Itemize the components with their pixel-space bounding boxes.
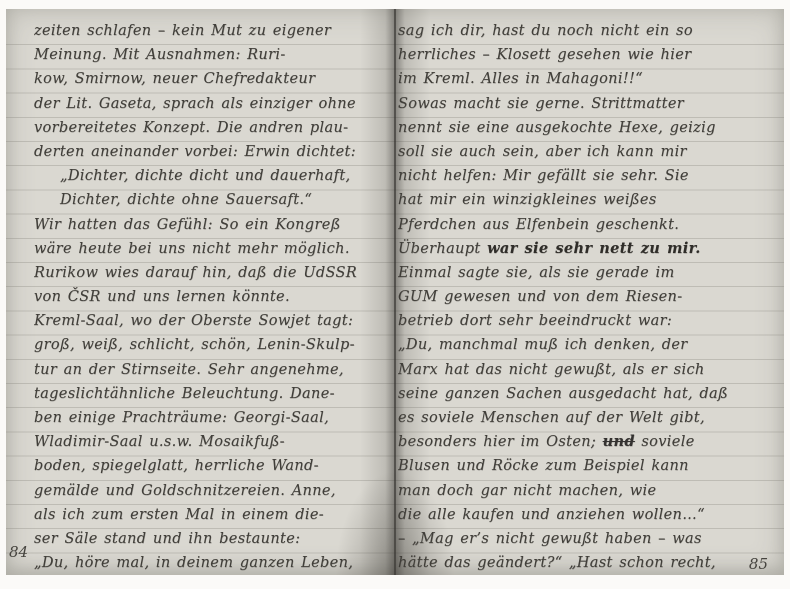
handwriting-line: Meinung. Mit Ausnahmen: Ruri- xyxy=(34,43,386,67)
handwriting-line: vorbereitetes Konzept. Die andren plau- xyxy=(34,116,386,140)
handwriting-line: Wladimir-Saal u.s.w. Mosaikfuß- xyxy=(34,430,386,454)
right-page: sag ich dir, hast du noch nicht ein so h… xyxy=(398,19,772,575)
page-number-left: 84 xyxy=(9,543,28,561)
handwriting-line: herrliches – Klosett gesehen wie hier xyxy=(398,43,772,67)
handwriting-line: als ich zum ersten Mal in einem die- xyxy=(34,503,386,527)
handwriting-line: soll sie auch sein, aber ich kann mir xyxy=(398,140,772,164)
handwriting-line: GUM gewesen und von dem Riesen- xyxy=(398,285,772,309)
handwriting-line: zeiten schlafen – kein Mut zu eigener xyxy=(34,19,386,43)
handwriting-line: hätte das geändert?“ „Hast schon recht, xyxy=(398,551,772,575)
handwriting-line-with-correction: besonders hier im Osten; und soviele xyxy=(398,430,772,454)
handwriting-line: Pferdchen aus Elfenbein geschenkt. xyxy=(398,213,772,237)
handwriting-line: ser Säle stand und ihn bestaunte: xyxy=(34,527,386,551)
handwriting-line: seine ganzen Sachen ausgedacht hat, daß xyxy=(398,382,772,406)
handwriting-line: Kreml-Saal, wo der Oberste Sowjet tagt: xyxy=(34,309,386,333)
handwriting-line: Rurikow wies darauf hin, daß die UdSSR xyxy=(34,261,386,285)
handwriting-line: wäre heute bei uns nicht mehr möglich. xyxy=(34,237,386,261)
center-fold-crease xyxy=(394,9,396,575)
handwriting-line: nicht helfen: Mir gefällt sie sehr. Sie xyxy=(398,164,772,188)
handwriting-line: kow, Smirnow, neuer Chefredakteur xyxy=(34,67,386,91)
handwriting-segment-emphasized: war sie sehr nett zu mir. xyxy=(487,240,701,257)
handwriting-line: hat mir ein winzigkleines weißes xyxy=(398,188,772,212)
handwriting-line: nennt sie eine ausgekochte Hexe, geizig xyxy=(398,116,772,140)
handwriting-line-verse: Dichter, dichte ohne Sauersaft.“ xyxy=(34,188,386,212)
handwriting-line: von ČSR und uns lernen könnte. xyxy=(34,285,386,309)
handwriting-line-overwritten: Überhaupt war sie sehr nett zu mir. xyxy=(398,237,772,261)
handwriting-line: – „Mag er’s nicht gewußt haben – was xyxy=(398,527,772,551)
handwriting-line: die alle kaufen und anziehen wollen…“ xyxy=(398,503,772,527)
handwriting-line: sag ich dir, hast du noch nicht ein so xyxy=(398,19,772,43)
handwriting-line: derten aneinander vorbei: Erwin dichtet: xyxy=(34,140,386,164)
handwriting-line: „Du, höre mal, in deinem ganzen Leben, xyxy=(34,551,386,575)
handwriting-line: gemälde und Goldschnitzereien. Anne, xyxy=(34,479,386,503)
left-page: zeiten schlafen – kein Mut zu eigener Me… xyxy=(34,19,386,575)
handwriting-line: Sowas macht sie gerne. Strittmatter xyxy=(398,92,772,116)
scanned-notebook-spread: zeiten schlafen – kein Mut zu eigener Me… xyxy=(6,9,784,575)
handwriting-line: „Du, manchmal muß ich denken, der xyxy=(398,333,772,357)
handwriting-line: Blusen und Röcke zum Beispiel kann xyxy=(398,454,772,478)
handwriting-line: es soviele Menschen auf der Welt gibt, xyxy=(398,406,772,430)
handwriting-line-verse: „Dichter, dichte dicht und dauerhaft, xyxy=(34,164,386,188)
handwriting-line: boden, spiegelglatt, herrliche Wand- xyxy=(34,454,386,478)
page-number-right: 85 xyxy=(749,555,768,573)
handwriting-segment: soviele xyxy=(635,434,695,450)
handwriting-line: ben einige Prachträume: Georgi-Saal, xyxy=(34,406,386,430)
handwriting-segment-crossed-out: und xyxy=(603,433,635,450)
handwriting-line: groß, weiß, schlicht, schön, Lenin-Skulp… xyxy=(34,333,386,357)
handwriting-line: der Lit. Gaseta, sprach als einziger ohn… xyxy=(34,92,386,116)
handwriting-line: Marx hat das nicht gewußt, als er sich xyxy=(398,358,772,382)
handwriting-line: tur an der Stirnseite. Sehr angenehme, xyxy=(34,358,386,382)
handwriting-line: tageslichtähnliche Beleuchtung. Dane- xyxy=(34,382,386,406)
handwriting-line: betrieb dort sehr beeindruckt war: xyxy=(398,309,772,333)
handwriting-line: Wir hatten das Gefühl: So ein Kongreß xyxy=(34,213,386,237)
handwriting-line: Einmal sagte sie, als sie gerade im xyxy=(398,261,772,285)
handwriting-line: im Kreml. Alles in Mahagoni!!“ xyxy=(398,67,772,91)
handwriting-line: man doch gar nicht machen, wie xyxy=(398,479,772,503)
